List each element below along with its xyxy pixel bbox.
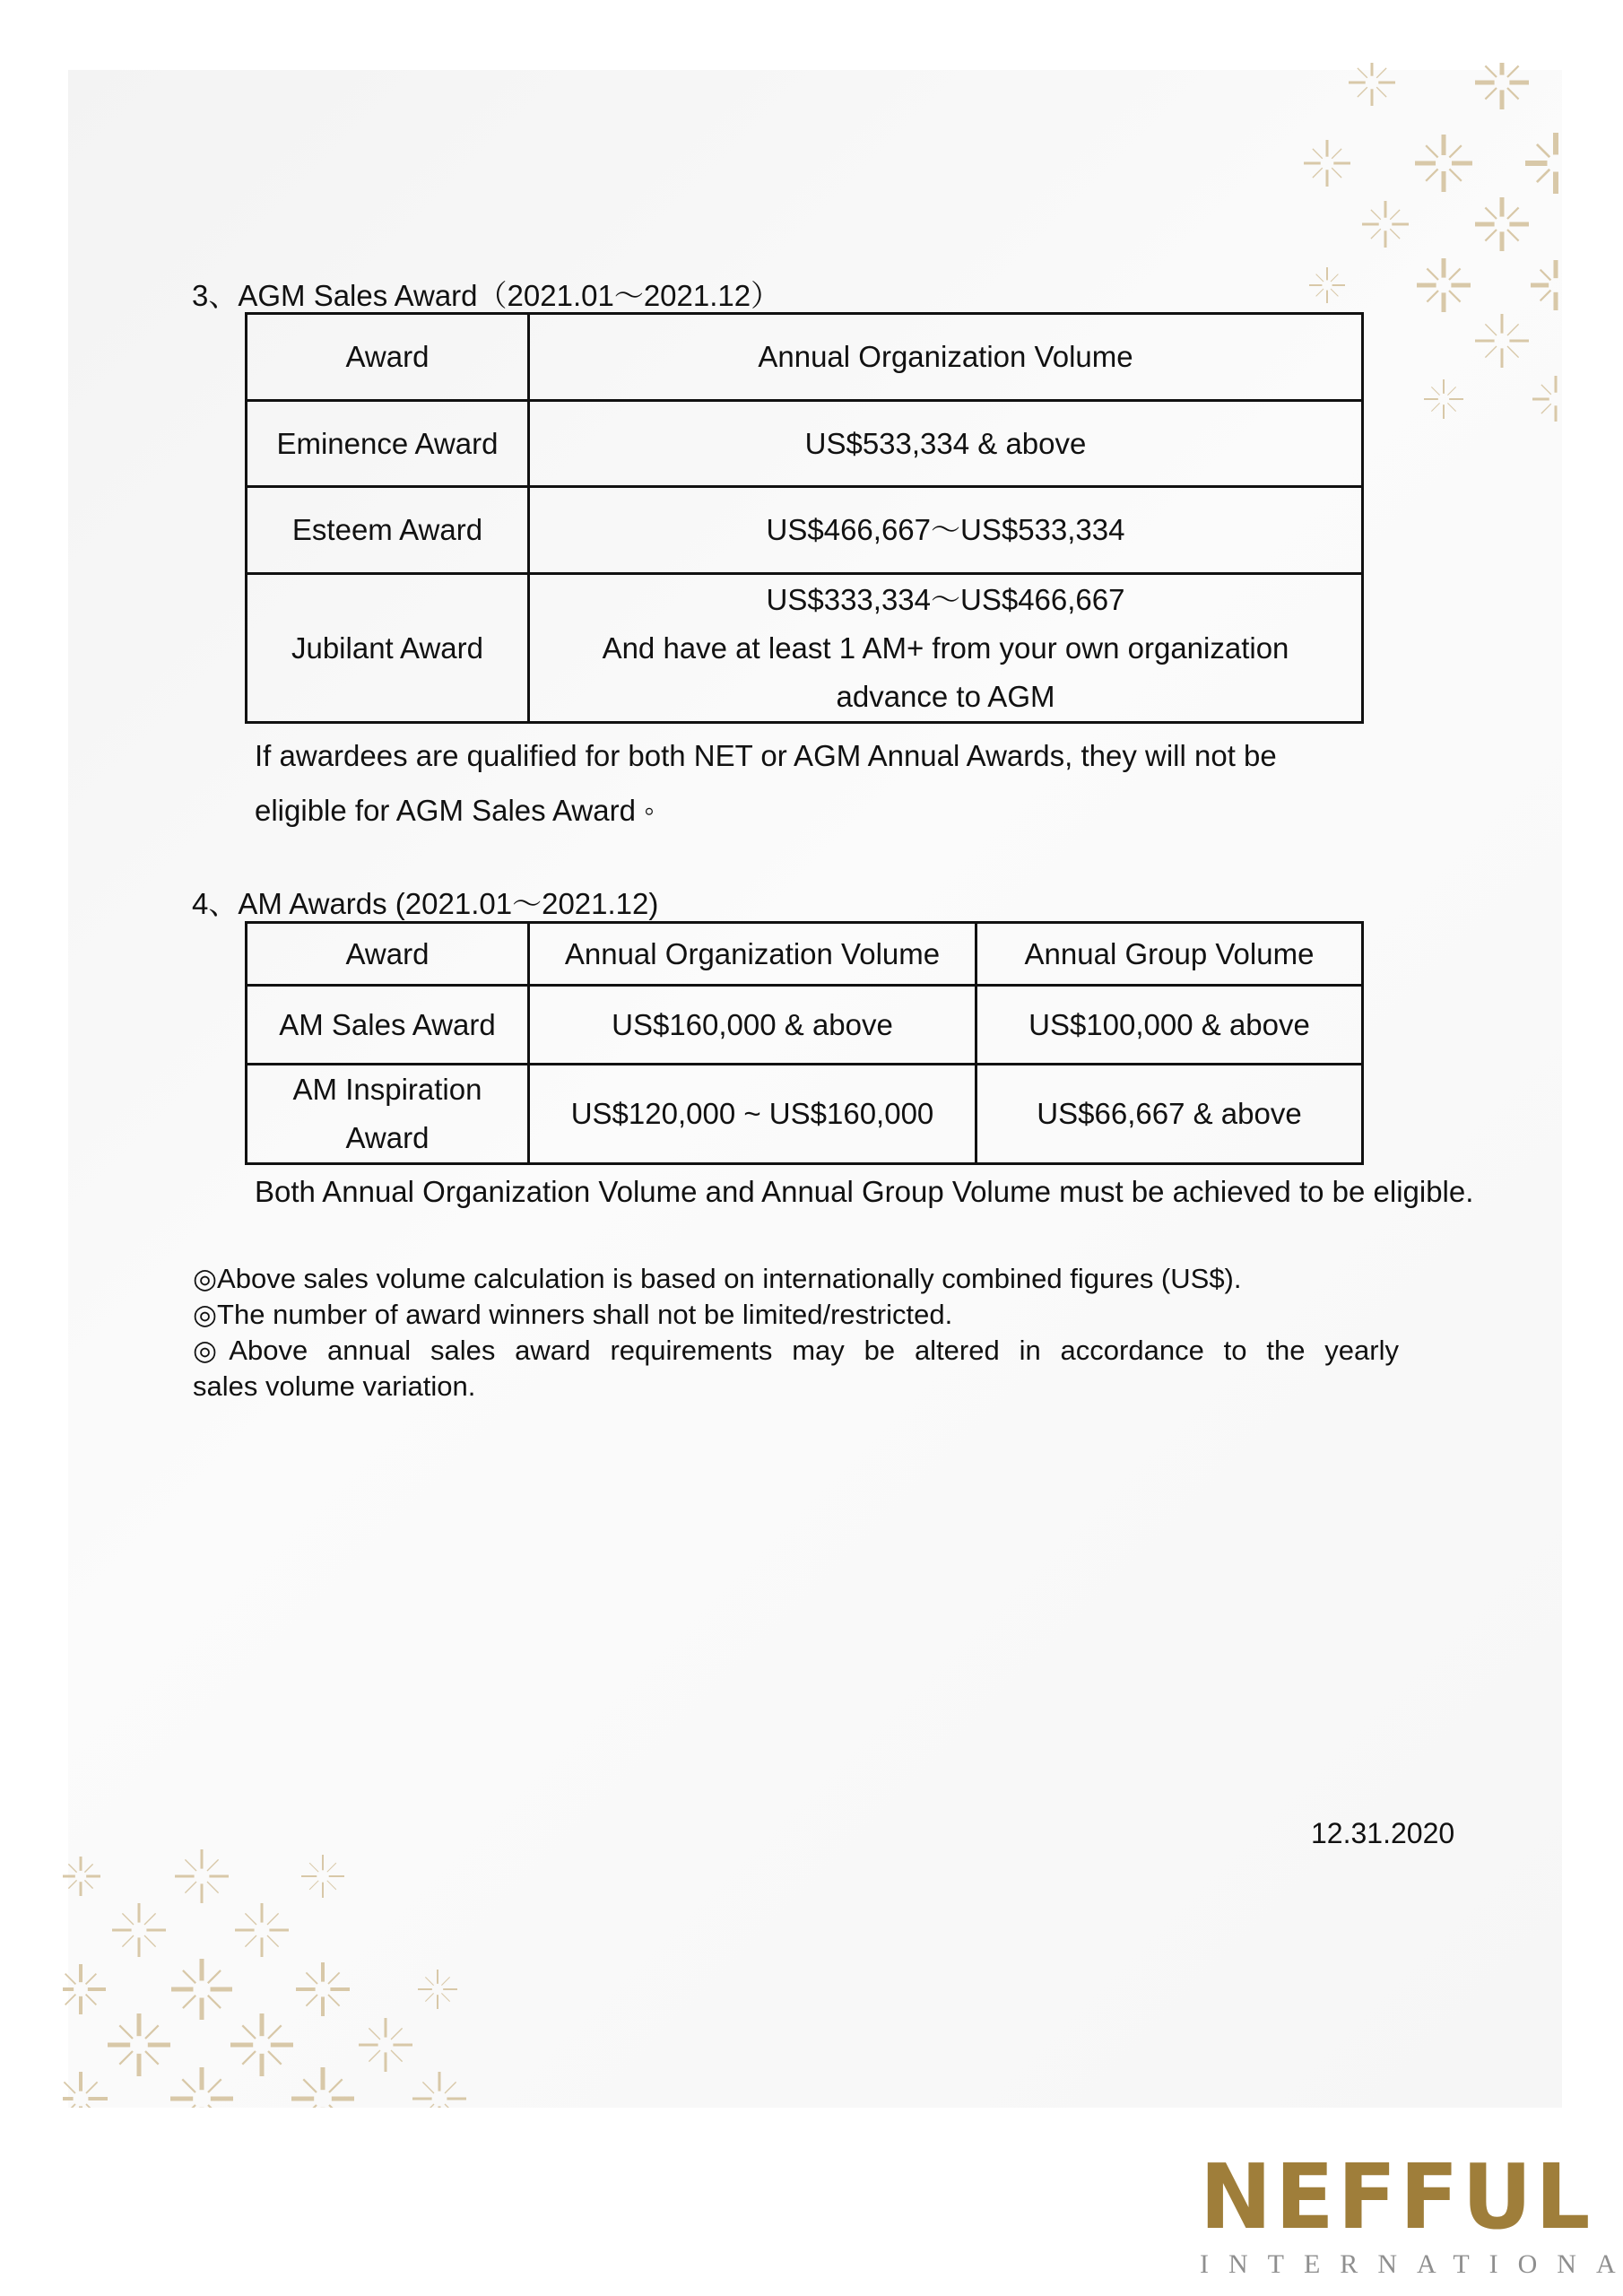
- volume-condition-line: And have at least 1 AM+ from your own or…: [530, 624, 1361, 673]
- logo-subtitle: INTERNATIONAL: [1200, 2249, 1558, 2280]
- header-annual-organization-volume: Annual Organization Volume: [529, 314, 1363, 401]
- agm-eligibility-note-line-1: If awardees are qualified for both NET o…: [255, 739, 1277, 773]
- header-annual-organization-volume: Annual Organization Volume: [529, 923, 976, 986]
- group-volume: US$66,667 & above: [976, 1065, 1363, 1164]
- footnote-line: ◎The number of award winners shall not b…: [193, 1297, 1399, 1333]
- agm-eligibility-note-line-2: eligible for AGM Sales Award ◦: [255, 794, 655, 828]
- volume-line: US$533,334 & above: [530, 420, 1361, 468]
- table-header-row: Award Annual Organization Volume: [247, 314, 1363, 401]
- table-row: Eminence Award US$533,334 & above: [247, 401, 1363, 487]
- award-name-line: AM Inspiration: [247, 1065, 527, 1114]
- table-row: Jubilant Award US$333,334～US$466,667 And…: [247, 574, 1363, 723]
- section-4-heading: 4、AM Awards (2021.01～2021.12): [192, 881, 658, 923]
- group-volume: US$100,000 & above: [976, 986, 1363, 1065]
- header-award: Award: [247, 923, 529, 986]
- table-row: Esteem Award US$466,667～US$533,334: [247, 487, 1363, 574]
- award-name-line: AM Sales Award: [247, 1001, 527, 1049]
- volume-line: US$466,667～US$533,334: [530, 506, 1361, 554]
- volume-condition-line: advance to AGM: [530, 673, 1361, 721]
- sparkle-pattern-bottom-left-icon: [63, 1830, 493, 2108]
- award-name: Eminence Award: [247, 401, 529, 487]
- org-volume: US$120,000 ~ US$160,000: [529, 1065, 976, 1164]
- award-volume: US$333,334～US$466,667 And have at least …: [529, 574, 1363, 723]
- footnote-line: ◎Above annual sales award requirements m…: [193, 1333, 1399, 1369]
- award-name: AM Sales Award: [247, 986, 529, 1065]
- nefful-logo: NEFFUL INTERNATIONAL: [1200, 2152, 1558, 2280]
- table-header-row: Award Annual Organization Volume Annual …: [247, 923, 1363, 986]
- award-name: AM Inspiration Award: [247, 1065, 529, 1164]
- table-row: AM Inspiration Award US$120,000 ~ US$160…: [247, 1065, 1363, 1164]
- am-awards-table: Award Annual Organization Volume Annual …: [245, 921, 1364, 1165]
- table-row: AM Sales Award US$160,000 & above US$100…: [247, 986, 1363, 1065]
- document-date: 12.31.2020: [1311, 1817, 1454, 1850]
- org-volume: US$160,000 & above: [529, 986, 976, 1065]
- award-name: Esteem Award: [247, 487, 529, 574]
- footnote-line: ◎Above sales volume calculation is based…: [193, 1261, 1399, 1297]
- header-award: Award: [247, 314, 529, 401]
- header-annual-group-volume: Annual Group Volume: [976, 923, 1363, 986]
- volume-line: US$333,334～US$466,667: [530, 576, 1361, 624]
- section-3-heading: 3、AGM Sales Award（2021.01～2021.12）: [192, 273, 780, 315]
- logo-brand: NEFFUL: [1200, 2152, 1544, 2242]
- footnotes: ◎Above sales volume calculation is based…: [193, 1261, 1399, 1405]
- award-volume: US$533,334 & above: [529, 401, 1363, 487]
- am-eligibility-note: Both Annual Organization Volume and Annu…: [255, 1175, 1473, 1209]
- footnote-line: sales volume variation.: [193, 1369, 1399, 1405]
- agm-sales-award-table: Award Annual Organization Volume Eminenc…: [245, 312, 1364, 724]
- award-name-line: Award: [247, 1114, 527, 1162]
- award-volume: US$466,667～US$533,334: [529, 487, 1363, 574]
- award-name: Jubilant Award: [247, 574, 529, 723]
